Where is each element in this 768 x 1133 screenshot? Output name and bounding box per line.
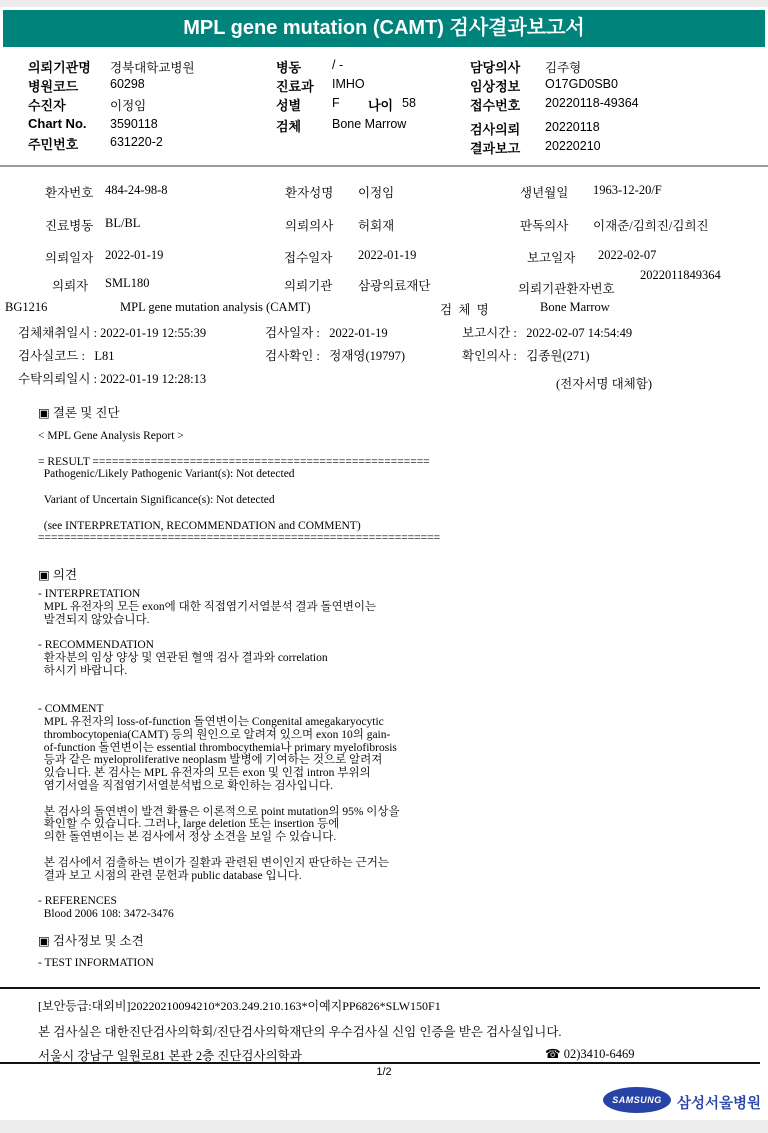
value-receive-date: 2022-01-19 [358, 248, 416, 263]
value-birth-date: 1963-12-20/F [593, 183, 662, 198]
test-code: BG1216 [5, 300, 47, 315]
conclusion-section-heading: ▣ 결론 및 진단 [38, 403, 120, 421]
test-name: MPL gene mutation analysis (CAMT) [120, 300, 311, 315]
label-examinee: 수진자 [28, 95, 66, 114]
report-title: MPL gene mutation (CAMT) 검사결과보고서 [183, 17, 585, 39]
value-patient-no: 484-24-98-8 [105, 183, 168, 198]
opinion-section-heading: ▣ 의견 [38, 565, 77, 583]
value-resident-no: 631220-2 [110, 135, 163, 149]
label-result-report-date: 결과보고 [470, 138, 520, 157]
label-department: 진료과 [276, 76, 314, 95]
label-test-request-date: 검사의뢰 [470, 119, 520, 138]
value-specimen-name: Bone Marrow [540, 300, 610, 315]
accreditation-line: 본 검사실은 대한진단검사의학회/진단검사의학재단의 우수검사실 신임 인증을 … [38, 1022, 562, 1040]
label-age: 나이 [368, 95, 393, 114]
bottom-margin-strip [0, 1120, 768, 1133]
footer-top-rule [0, 987, 760, 989]
value-chart-no: 3590118 [110, 117, 158, 131]
security-line: [보안등급:대외비]20220210094210*203.249.210.163… [38, 997, 441, 1014]
page-number: 1/2 [0, 1066, 768, 1078]
value-institution-patient-no: 2022011849364 [640, 268, 720, 283]
test-date: 검사일자 : 2022-01-19 [265, 323, 388, 341]
confirming-doctor: 확인의사 : 김종원(271) [462, 346, 590, 364]
label-specimen-name: 검 체 명 [440, 300, 489, 318]
label-requesting-org: 의뢰기관명 [28, 57, 91, 76]
label-sex: 성별 [276, 95, 301, 114]
value-report-date: 2022-02-07 [598, 248, 656, 263]
test-confirmer: 검사확인 : 정재영(19797) [265, 346, 405, 364]
value-requester: SML180 [105, 276, 149, 291]
value-specimen: Bone Marrow [332, 117, 406, 131]
label-institution-patient-no: 의뢰기관환자번호 [518, 279, 615, 297]
value-ward: / - [332, 58, 343, 72]
label-reading-doctor: 판독의사 [520, 216, 568, 234]
label-ward: 병동 [276, 57, 301, 76]
value-receipt-no: 20220118-49364 [545, 96, 639, 110]
value-clinical-info: O17GD0SB0 [545, 77, 618, 91]
label-requester: 의뢰자 [52, 276, 88, 294]
report-time: 보고시간 : 2022-02-07 14:54:49 [462, 323, 632, 341]
label-patient-name: 환자성명 [285, 183, 333, 201]
value-examinee: 이정임 [110, 96, 146, 114]
label-chart-no: Chart No. [28, 116, 87, 131]
label-attending-doctor: 담당의사 [470, 57, 520, 76]
value-hospital-code: 60298 [110, 77, 145, 91]
value-referring-doctor: 허회재 [358, 216, 394, 234]
hospital-name: 삼성서울병원 [677, 1092, 761, 1113]
value-requesting-org: 경북대학교병원 [110, 58, 195, 76]
opinion-body: - INTERPRETATION MPL 유전자의 모든 exon에 대한 직접… [38, 588, 738, 921]
value-department: IMHO [332, 77, 365, 91]
top-margin-strip [0, 0, 768, 7]
lab-code: 검사실코드 : L81 [18, 346, 114, 364]
value-patient-name: 이정임 [358, 183, 394, 201]
value-test-request-date: 20220118 [545, 120, 600, 134]
value-request-date: 2022-01-19 [105, 248, 163, 263]
label-clinical-info: 임상정보 [470, 76, 520, 95]
value-requesting-institution: 삼광의료재단 [358, 276, 430, 294]
value-result-report-date: 20220210 [545, 139, 601, 153]
report-title-banner: MPL gene mutation (CAMT) 검사결과보고서 [3, 10, 765, 47]
value-care-ward: BL/BL [105, 216, 140, 231]
label-care-ward: 진료병동 [45, 216, 93, 234]
value-attending-doctor: 김주형 [545, 58, 581, 76]
label-resident-no: 주민번호 [28, 134, 78, 153]
label-requesting-institution: 의뢰기관 [284, 276, 332, 294]
footer-bottom-rule [0, 1062, 760, 1064]
section-divider [0, 165, 768, 167]
testinfo-body: - TEST INFORMATION [38, 957, 738, 970]
lab-report-page: MPL gene mutation (CAMT) 검사결과보고서 의뢰기관명 경… [0, 0, 768, 1133]
value-age: 58 [402, 96, 416, 110]
label-request-date: 의뢰일자 [45, 248, 93, 266]
label-report-date: 보고일자 [527, 248, 575, 266]
samsung-logo-icon: SAMSUNG [603, 1087, 671, 1113]
phone-number: ☎ 02)3410-6469 [545, 1046, 635, 1062]
label-receipt-no: 접수번호 [470, 95, 520, 114]
e-signature-note: (전자서명 대체함) [556, 374, 652, 392]
value-reading-doctor: 이재준/김희진/김희진 [593, 216, 709, 234]
testinfo-section-heading: ▣ 검사정보 및 소견 [38, 931, 144, 949]
label-hospital-code: 병원코드 [28, 76, 78, 95]
collection-datetime: 검체채취일시 : 2022-01-19 12:55:39 [18, 323, 206, 341]
label-specimen: 검체 [276, 116, 301, 135]
value-sex: F [332, 96, 340, 110]
label-birth-date: 생년월일 [520, 183, 568, 201]
conclusion-body: < MPL Gene Analysis Report > = RESULT ==… [38, 430, 738, 545]
consignment-request-datetime: 수탁의뢰일시 : 2022-01-19 12:28:13 [18, 369, 206, 387]
label-patient-no: 환자번호 [45, 183, 93, 201]
samsung-logo-text: SAMSUNG [612, 1095, 662, 1105]
label-referring-doctor: 의뢰의사 [285, 216, 333, 234]
label-receive-date: 접수일자 [284, 248, 332, 266]
